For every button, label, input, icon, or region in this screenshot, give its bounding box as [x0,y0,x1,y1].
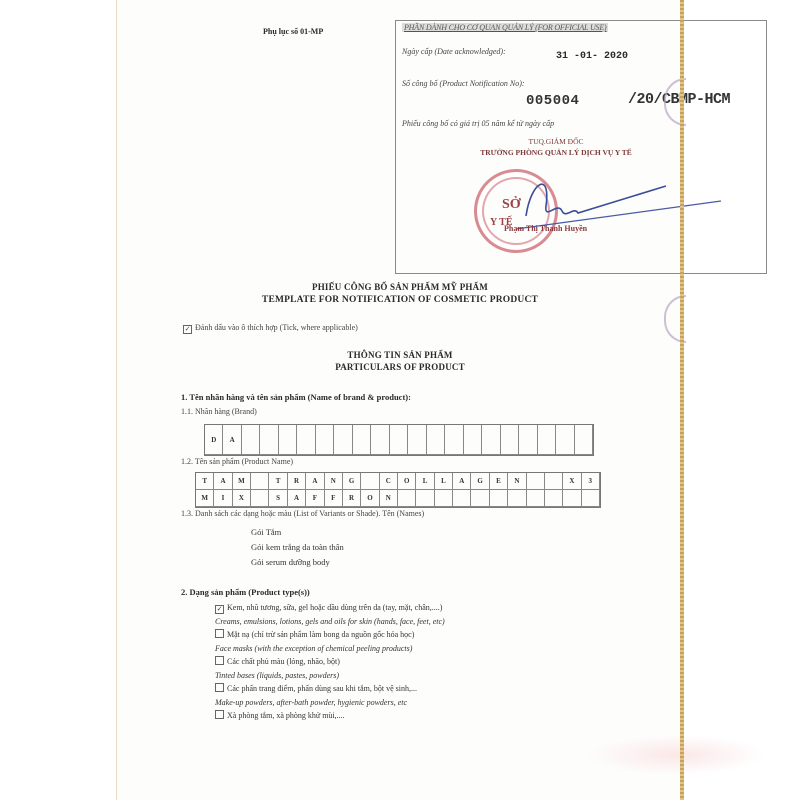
checkbox-empty-icon [215,656,224,665]
grid-cell [519,425,537,455]
grid-cell [316,425,334,455]
grid-cell [435,490,453,507]
official-use-header: PHẦN DÀNH CHO CƠ QUAN QUẢN LÝ (FOR OFFIC… [402,23,608,32]
tick-note-text: Đánh dấu vào ô thích hợp (Tick, where ap… [195,323,358,332]
product-type-option: Các phấn trang điểm, phấn dùng sau khi t… [215,682,445,696]
title-en: TEMPLATE FOR NOTIFICATION OF COSMETIC PR… [117,295,683,305]
grid-cell [445,425,463,455]
grid-cell: A [306,473,324,490]
grid-cell [371,425,389,455]
product-type-option: Mặt nạ (chỉ trừ sản phẩm làm bong da ngu… [215,628,445,642]
official-use-box: PHẦN DÀNH CHO CƠ QUAN QUẢN LÝ (FOR OFFIC… [395,20,767,274]
grid-cell [260,425,278,455]
grid-cell [251,490,269,507]
grid-cell: A [214,473,232,490]
date-label: Ngày cấp (Date acknowledged): [402,47,506,56]
product-type-option: Xà phòng tắm, xà phòng khử mùi,.... [215,709,445,723]
grid-cell [508,490,526,507]
grid-cell [582,490,600,507]
grid-cell [527,473,545,490]
section1-title: 1. Tên nhãn hàng và tên sản phẩm (Name o… [181,392,411,402]
grid-cell: X [563,473,581,490]
grid-cell: A [288,490,306,507]
grid-cell: T [269,473,287,490]
grid-cell: R [343,490,361,507]
grid-cell [556,425,574,455]
product-type-option: Các chất phủ màu (lỏng, nhão, bột) [215,655,445,669]
section2-title: 2. Dạng sản phẩm (Product type(s)) [181,587,310,597]
grid-cell: F [306,490,324,507]
grid-cell [575,425,593,455]
grid-cell [242,425,260,455]
grid-cell: S [269,490,287,507]
grid-cell: N [380,490,398,507]
particulars-vi: THÔNG TIN SẢN PHẨM [117,350,683,360]
grid-cell: O [361,490,379,507]
grid-cell: R [288,473,306,490]
grid-cell [390,425,408,455]
product-name-grid: TAMTRANGCOLLAGENX3MIXSAFFRON [195,472,601,508]
brand-label: 1.1. Nhãn hàng (Brand) [181,407,257,416]
grid-cell [538,425,556,455]
validity-label: Phiếu công bố có giá trị 05 năm kể từ ng… [402,119,554,128]
title-vi: PHIẾU CÔNG BỐ SẢN PHẨM MỸ PHẨM [117,282,683,292]
grid-cell [398,490,416,507]
grid-cell [408,425,426,455]
checkbox-empty-icon [215,683,224,692]
grid-cell [251,473,269,490]
grid-cell: F [325,490,343,507]
grid-cell [416,490,434,507]
grid-cell [297,425,315,455]
product-type-english: Face masks (with the exception of chemic… [215,642,445,656]
grid-cell: O [398,473,416,490]
product-type-option: ✓Kem, nhũ tương, sữa, gel hoặc dầu dùng … [215,601,445,615]
stain [587,735,767,775]
grid-cell: C [380,473,398,490]
grid-cell: T [196,473,214,490]
product-type-english: Creams, emulsions, lotions, gels and oil… [215,615,445,629]
product-type-list: ✓Kem, nhũ tương, sữa, gel hoặc dầu dùng … [215,601,445,723]
signatory-title-2: TRƯỞNG PHÒNG QUẢN LÝ DỊCH VỤ Y TẾ [456,148,656,157]
annex-label: Phụ lục số 01-MP [263,27,323,36]
variants-label: 1.3. Danh sách các dạng hoặc màu (List o… [181,509,424,518]
checkbox-checked-icon: ✓ [215,605,224,614]
checkbox-checked-icon: ✓ [183,325,192,334]
page-border [680,0,684,800]
product-name-label: 1.2. Tên sản phẩm (Product Name) [181,457,293,466]
grid-cell [361,473,379,490]
grid-cell [545,490,563,507]
notification-number: 005004 [526,93,579,109]
grid-cell [527,490,545,507]
grid-cell [490,490,508,507]
grid-cell [545,473,563,490]
grid-cell: G [471,473,489,490]
signatory-title-1: TUQ.GIÁM ĐỐC [456,137,656,146]
tick-note: ✓Đánh dấu vào ô thích hợp (Tick, where a… [183,323,358,334]
grid-cell: N [325,473,343,490]
notification-number-label: Số công bố (Product Notification No): [402,79,525,88]
document-page: Phụ lục số 01-MP PHẦN DÀNH CHO CƠ QUAN Q… [116,0,683,800]
grid-cell: M [196,490,214,507]
variant-item: Gói Tắm [251,527,281,537]
particulars-en: PARTICULARS OF PRODUCT [117,362,683,372]
grid-cell: A [453,473,471,490]
grid-cell: L [416,473,434,490]
checkbox-empty-icon [215,629,224,638]
grid-cell [453,490,471,507]
grid-cell [482,425,500,455]
grid-cell: G [343,473,361,490]
grid-cell [501,425,519,455]
brand-grid: DA [204,424,594,456]
product-type-english: Make-up powders, after-bath powder, hygi… [215,696,445,710]
grid-cell [427,425,445,455]
checkbox-empty-icon [215,710,224,719]
grid-cell: A [223,425,241,455]
variant-item: Gói kem trắng da toàn thân [251,542,344,552]
grid-cell: I [214,490,232,507]
product-type-english: Tinted bases (liquids, pastes, powders) [215,669,445,683]
date-value: 31 -01- 2020 [556,51,628,62]
signer-name: Phạm Thị Thanh Huyền [504,224,587,233]
grid-cell: M [233,473,251,490]
grid-cell [464,425,482,455]
grid-cell: 3 [582,473,600,490]
grid-cell [353,425,371,455]
variant-item: Gói serum dưỡng body [251,557,330,567]
grid-cell [471,490,489,507]
grid-cell: X [233,490,251,507]
grid-cell: N [508,473,526,490]
grid-cell: L [435,473,453,490]
grid-cell [563,490,581,507]
grid-cell: D [205,425,223,455]
grid-cell [334,425,352,455]
grid-cell: E [490,473,508,490]
grid-cell [279,425,297,455]
